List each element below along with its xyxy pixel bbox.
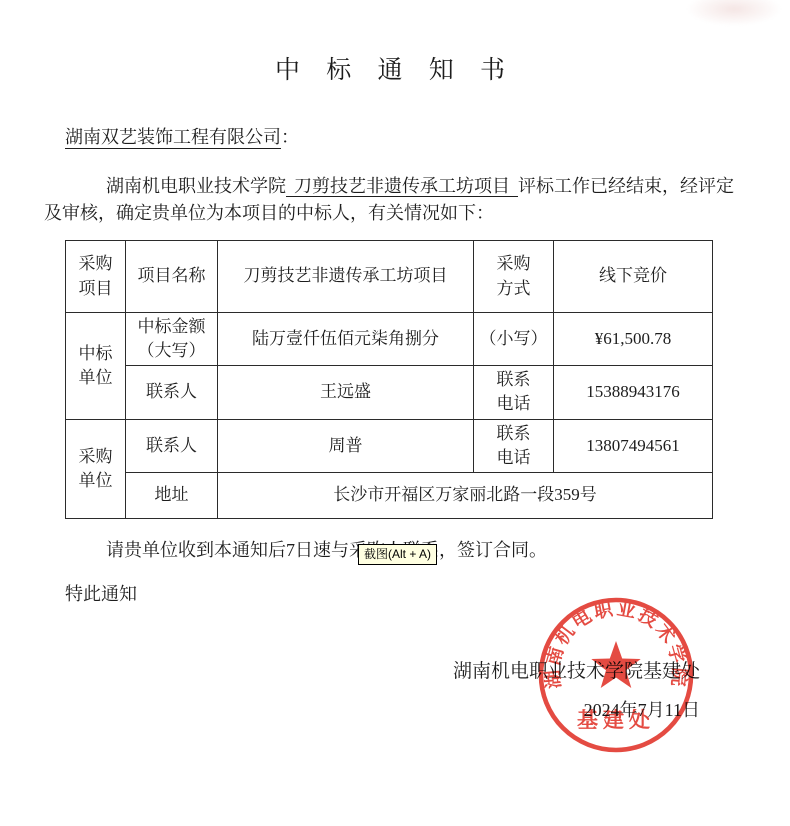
official-seal: 湖南机电职业技术学院 基建处 <box>535 594 697 756</box>
cell-purchaser-contact-name: 周普 <box>218 419 474 472</box>
intro-paragraph: 湖南机电职业技术学院刀剪技艺非遗传承工坊项目评标工作已经结束，经评定及审核，确定… <box>44 173 750 227</box>
cell-purchaser-phone-value: 13807494561 <box>554 419 713 472</box>
project-name-underlined: 刀剪技艺非遗传承工坊项目 <box>286 176 518 197</box>
cell-address-value: 长沙市开福区万家丽北路一段359号 <box>218 472 713 518</box>
closing-line: 特此通知 <box>65 580 137 606</box>
addressee-company: 湖南双艺装饰工程有限公司 <box>65 127 281 149</box>
table-row: 地址 长沙市开福区万家丽北路一段359号 <box>66 472 713 518</box>
table-row: 采购 项目 项目名称 刀剪技艺非遗传承工坊项目 采购 方式 线下竞价 <box>66 241 713 313</box>
addressee-colon: ： <box>281 127 299 147</box>
bid-info-table: 采购 项目 项目名称 刀剪技艺非遗传承工坊项目 采购 方式 线下竞价 中标 单位… <box>65 240 713 519</box>
document-page: 中 标 通 知 书 湖南双艺装饰工程有限公司： 湖南机电职业技术学院刀剪技艺非遗… <box>0 0 790 826</box>
screenshot-tooltip: 截图(Alt + A) <box>358 544 437 565</box>
seal-bottom-text: 基建处 <box>577 708 655 732</box>
table-row: 采购 单位 联系人 周普 联系 电话 13807494561 <box>66 419 713 472</box>
cell-project-name-value: 刀剪技艺非遗传承工坊项目 <box>218 241 474 313</box>
document-title: 中 标 通 知 书 <box>0 50 790 86</box>
cell-winner-contact-name: 王远盛 <box>218 366 474 419</box>
cell-procurement-method-value: 线下竞价 <box>554 241 713 313</box>
cell-amount-words-label: 中标金额 （大写） <box>126 313 218 366</box>
cell-amount-figures-label: （小写） <box>474 313 554 366</box>
cell-procurement-method-label: 采购 方式 <box>474 241 554 313</box>
star-icon <box>591 641 640 688</box>
cell-address-label: 地址 <box>126 472 218 518</box>
cell-winner-phone-value: 15388943176 <box>554 366 713 419</box>
addressee-line: 湖南双艺装饰工程有限公司： <box>65 123 299 149</box>
intro-prefix: 湖南机电职业技术学院 <box>106 176 286 196</box>
cell-purchaser-phone-label: 联系 电话 <box>474 419 554 472</box>
cell-purchaser-contact-label: 联系人 <box>126 419 218 472</box>
cell-amount-figures-value: ¥61,500.78 <box>554 313 713 366</box>
table-row: 中标 单位 中标金额 （大写） 陆万壹仟伍佰元柒角捌分 （小写） ¥61,500… <box>66 313 713 366</box>
cell-procurement-project: 采购 项目 <box>66 241 126 313</box>
table-row: 联系人 王远盛 联系 电话 15388943176 <box>66 366 713 419</box>
scan-smudge <box>686 0 782 26</box>
cell-winner-phone-label: 联系 电话 <box>474 366 554 419</box>
cell-amount-words-value: 陆万壹仟伍佰元柒角捌分 <box>218 313 474 366</box>
cell-winner-contact-label: 联系人 <box>126 366 218 419</box>
cell-purchaser-unit: 采购 单位 <box>66 419 126 518</box>
cell-project-name-label: 项目名称 <box>126 241 218 313</box>
cell-winning-unit: 中标 单位 <box>66 313 126 420</box>
